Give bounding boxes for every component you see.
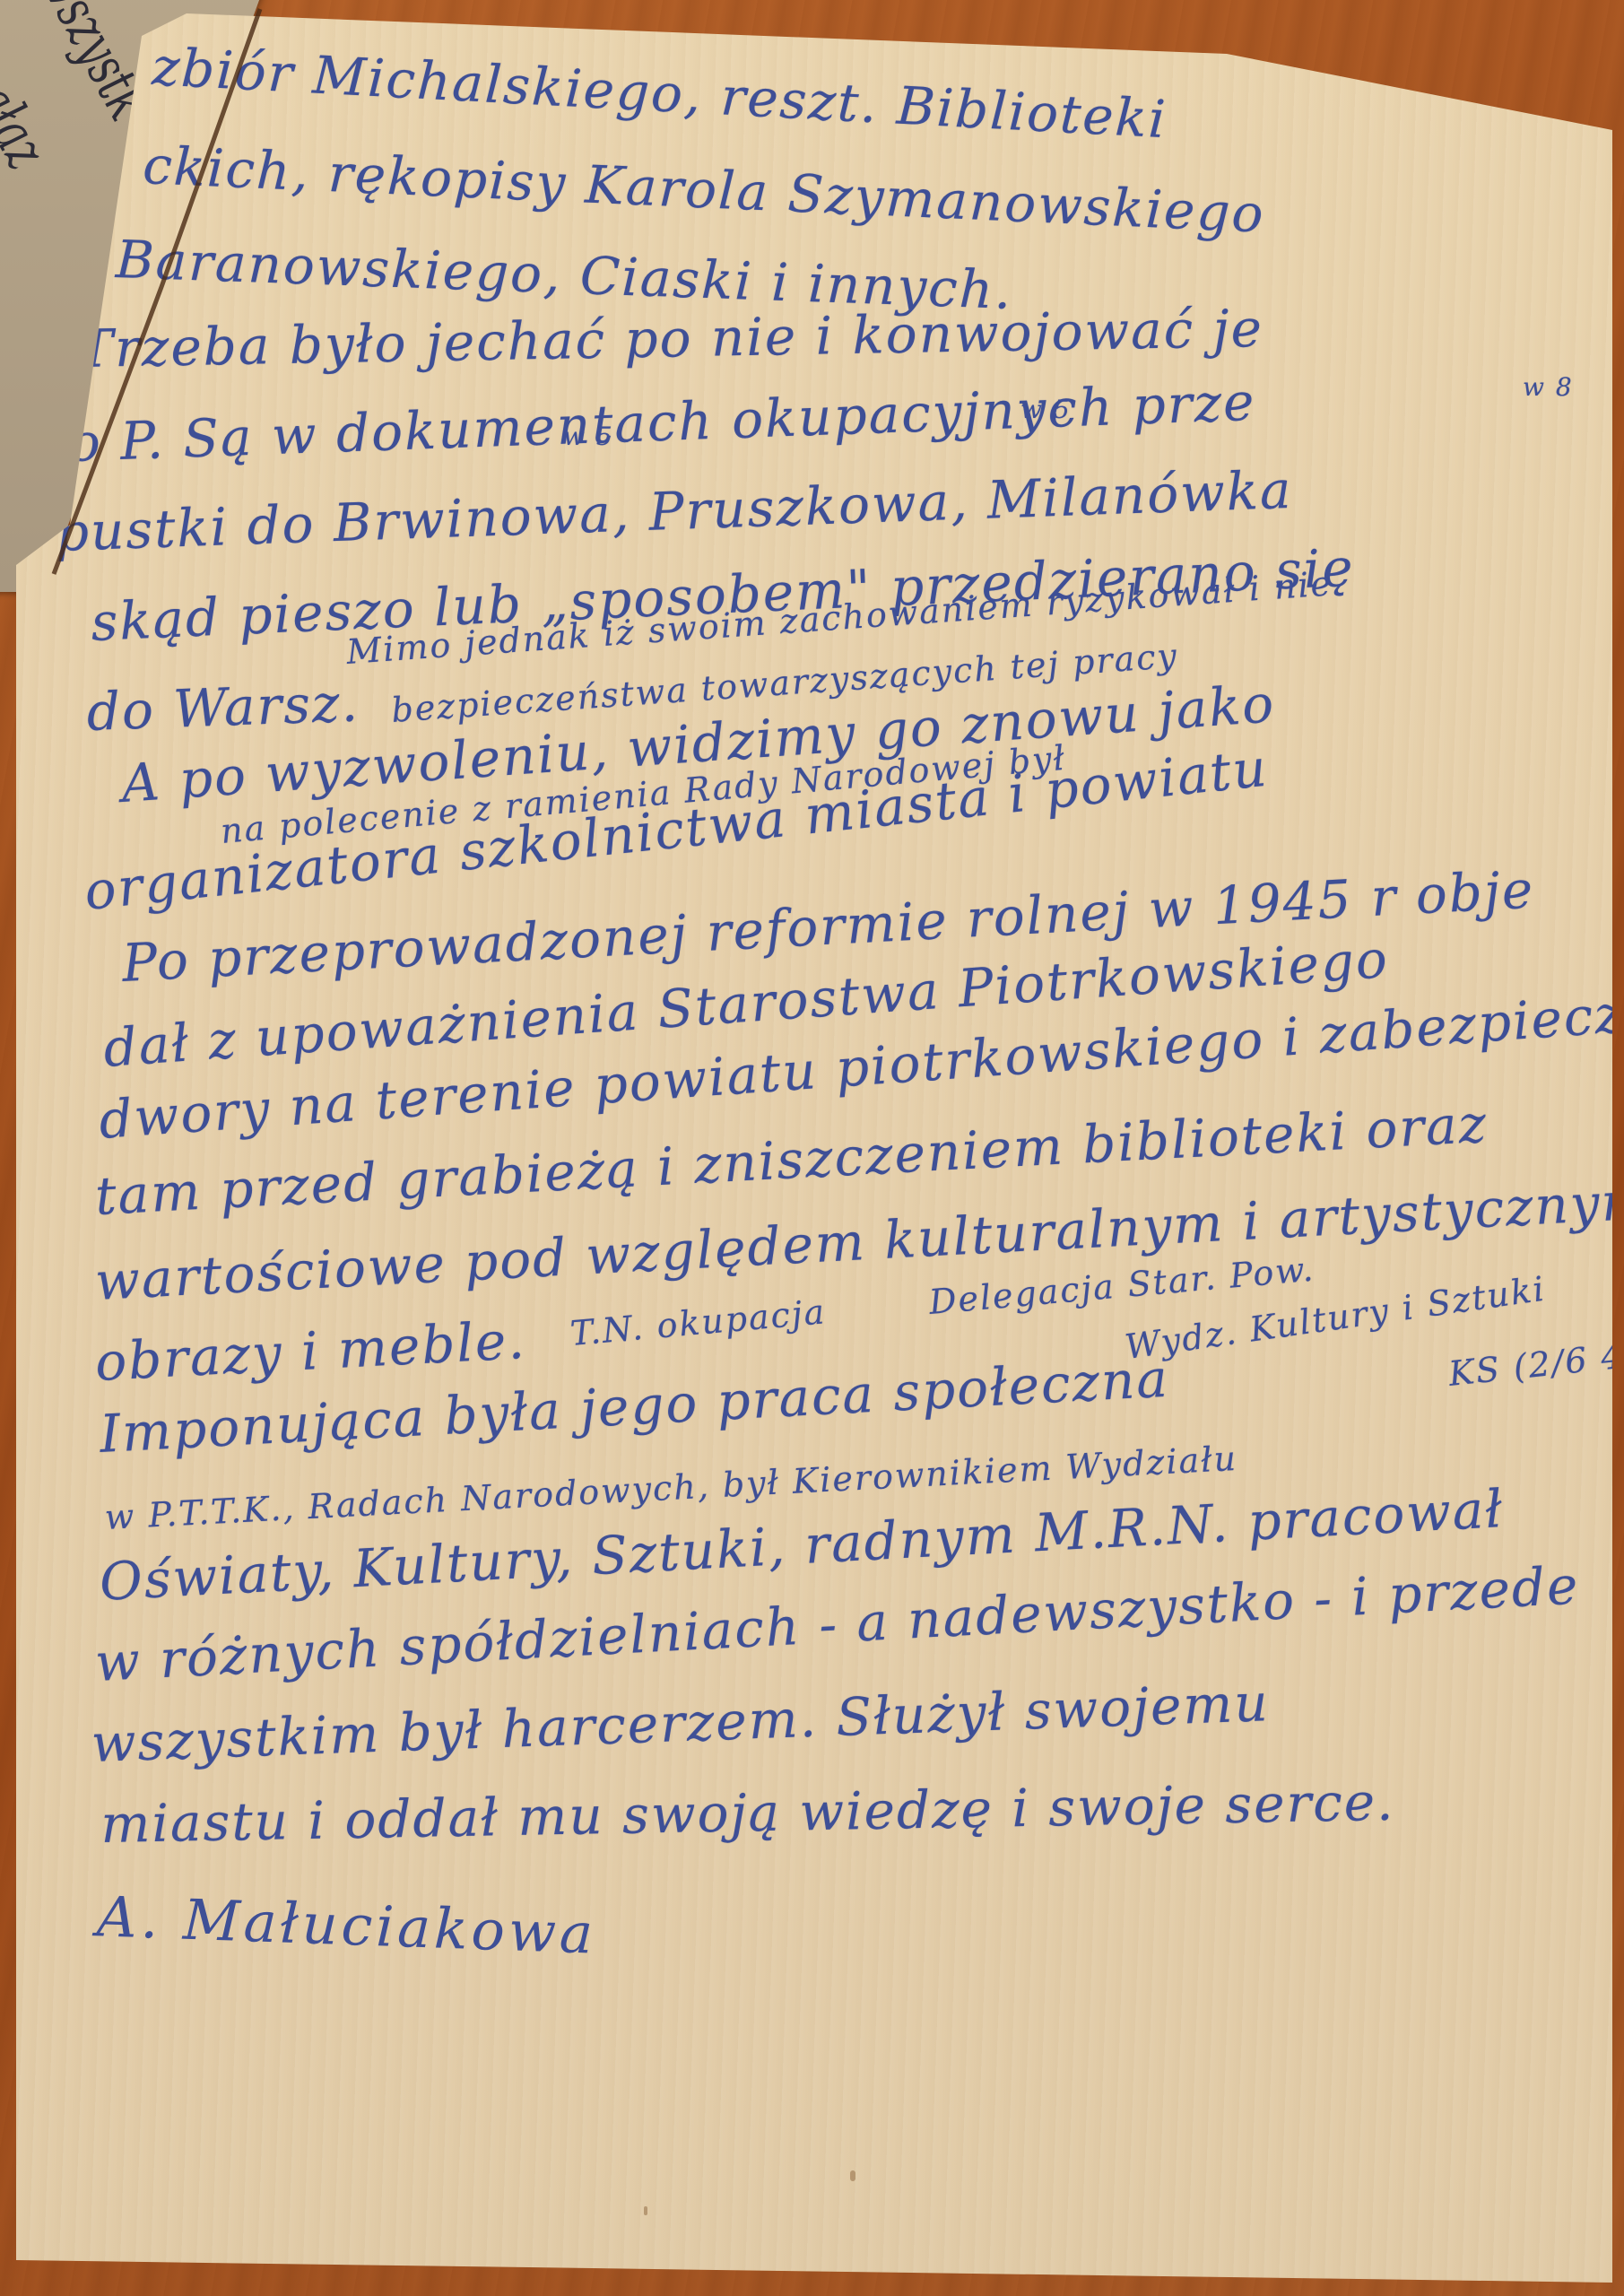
text-line: o P. Są w dokumentach okupacyjnych prze — [68, 371, 1257, 474]
superscript-note: w 8 — [1523, 372, 1574, 402]
interlinear-note: KS (2/6 45) — [1446, 1332, 1624, 1394]
text-line: Trzeba było jechać po nie i konwojować j… — [78, 298, 1264, 379]
text-line: miastu i oddał mu swoją wiedzę i swoje s… — [100, 1771, 1395, 1855]
text-line: obrazy i meble. — [93, 1309, 527, 1393]
superscript-note: w 5 — [1020, 395, 1072, 424]
text-line: do Warsz. — [86, 672, 360, 743]
letter-page: zbiór Michalskiego, reszt. Biblioteki ck… — [16, 0, 1612, 2283]
interlinear-note: T.N. okupacja — [569, 1291, 828, 1353]
text-line: ckich, rękopisy Karola Szymanowskiego — [142, 135, 1266, 245]
paper-stain — [644, 2206, 647, 2215]
text-line: zbiór Michalskiego, reszt. Biblioteki — [151, 36, 1168, 150]
superscript-note: w 5 — [563, 422, 614, 451]
text-line: wszystkim był harcerzem. Służył swojemu — [91, 1672, 1271, 1774]
paper-stain — [850, 2170, 855, 2181]
